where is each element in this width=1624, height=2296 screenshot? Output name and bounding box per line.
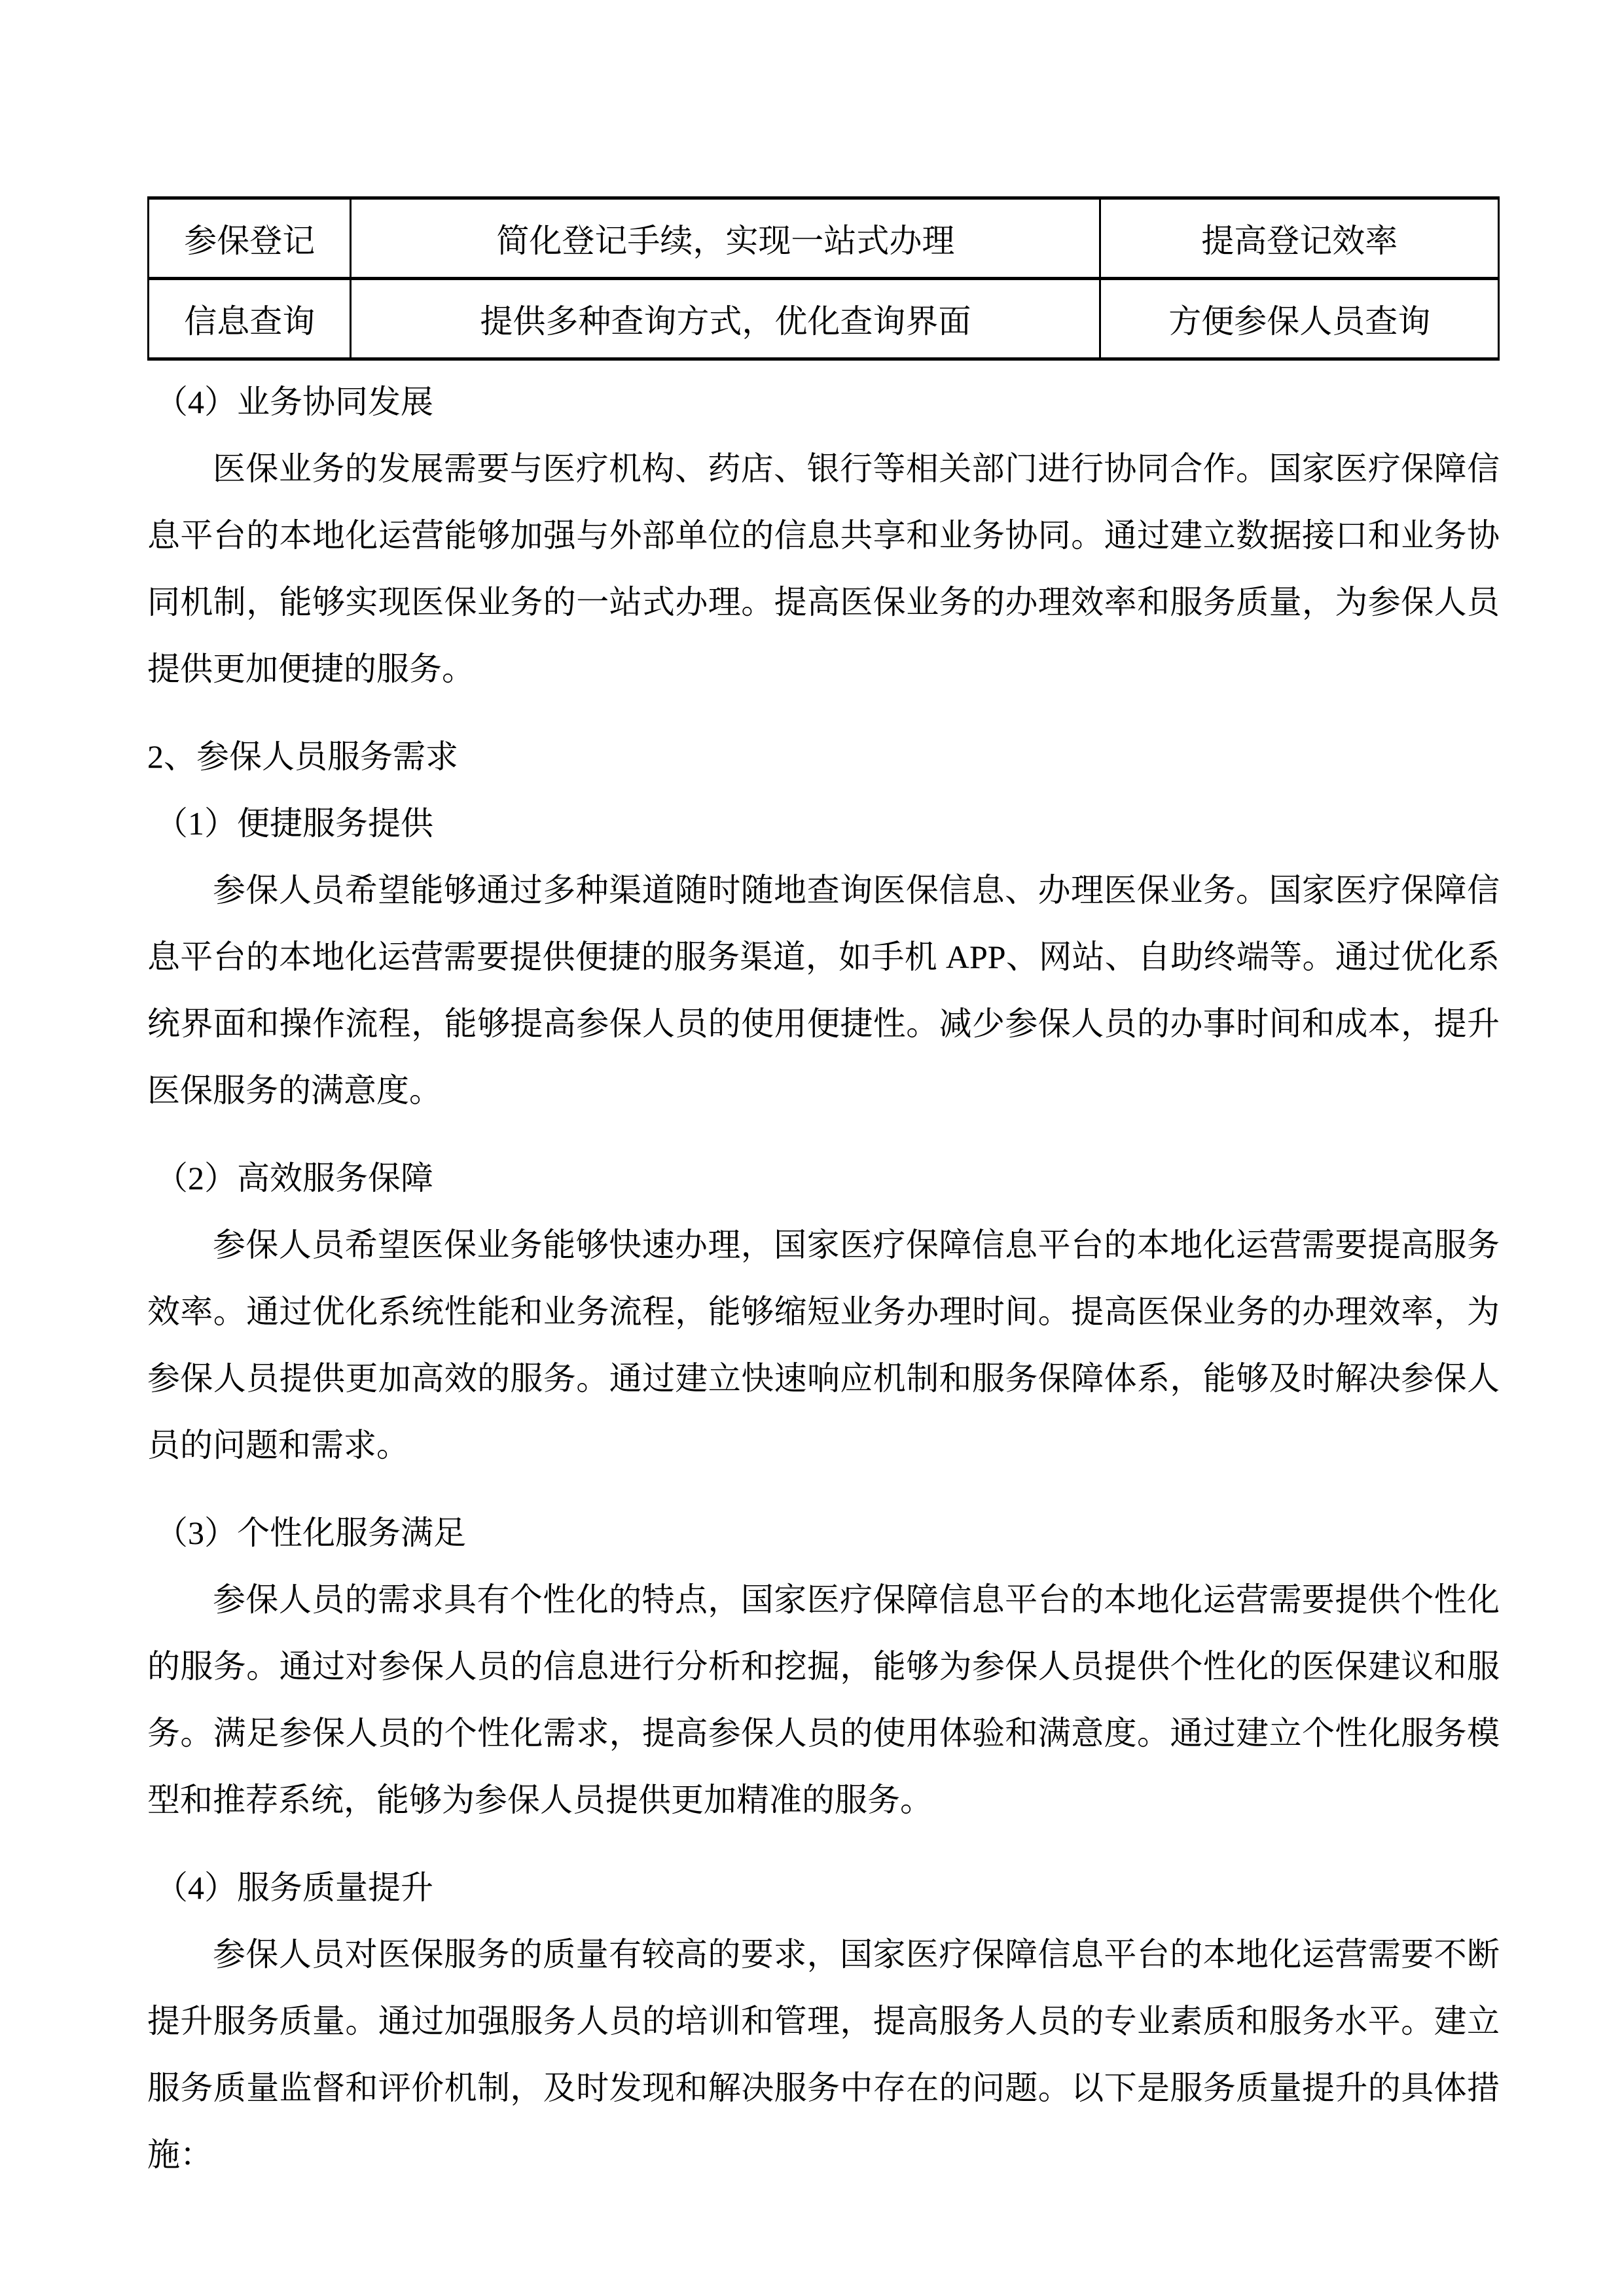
document-content: 参保登记 简化登记手续，实现一站式办理 提高登记效率 信息查询 提供多种查询方式… xyxy=(147,196,1500,2188)
insurance-measures-table: 参保登记 简化登记手续，实现一站式办理 提高登记效率 信息查询 提供多种查询方式… xyxy=(147,196,1500,361)
document-page: 参保登记 简化登记手续，实现一站式办理 提高登记效率 信息查询 提供多种查询方式… xyxy=(0,0,1624,2296)
heading-service-quality: （4）服务质量提升 xyxy=(147,1854,1500,1921)
paragraph-business-collaboration: 医保业务的发展需要与医疗机构、药店、银行等相关部门进行协同合作。国家医疗保障信息… xyxy=(147,435,1500,702)
heading-convenient-service: （1）便捷服务提供 xyxy=(147,790,1500,857)
paragraph-convenient-service: 参保人员希望能够通过多种渠道随时随地查询医保信息、办理医保业务。国家医疗保障信息… xyxy=(147,857,1500,1124)
heading-service-needs: 2、参保人员服务需求 xyxy=(147,723,1500,790)
table-cell-benefit: 方便参保人员查询 xyxy=(1100,279,1499,359)
paragraph-personalized-service: 参保人员的需求具有个性化的特点，国家医疗保障信息平台的本地化运营需要提供个性化的… xyxy=(147,1566,1500,1833)
heading-efficient-service: （2）高效服务保障 xyxy=(147,1145,1500,1211)
paragraph-service-quality: 参保人员对医保服务的质量有较高的要求，国家医疗保障信息平台的本地化运营需要不断提… xyxy=(147,1921,1500,2188)
table-cell-category: 参保登记 xyxy=(149,198,351,279)
table-cell-category: 信息查询 xyxy=(149,279,351,359)
table-row: 参保登记 简化登记手续，实现一站式办理 提高登记效率 xyxy=(149,198,1499,279)
heading-personalized-service: （3）个性化服务满足 xyxy=(147,1499,1500,1566)
table-cell-measure: 提供多种查询方式，优化查询界面 xyxy=(351,279,1100,359)
table-cell-measure: 简化登记手续，实现一站式办理 xyxy=(351,198,1100,279)
table-row: 信息查询 提供多种查询方式，优化查询界面 方便参保人员查询 xyxy=(149,279,1499,359)
heading-business-collaboration: （4）业务协同发展 xyxy=(147,368,1500,435)
paragraph-efficient-service: 参保人员希望医保业务能够快速办理，国家医疗保障信息平台的本地化运营需要提高服务效… xyxy=(147,1211,1500,1479)
table-cell-benefit: 提高登记效率 xyxy=(1100,198,1499,279)
